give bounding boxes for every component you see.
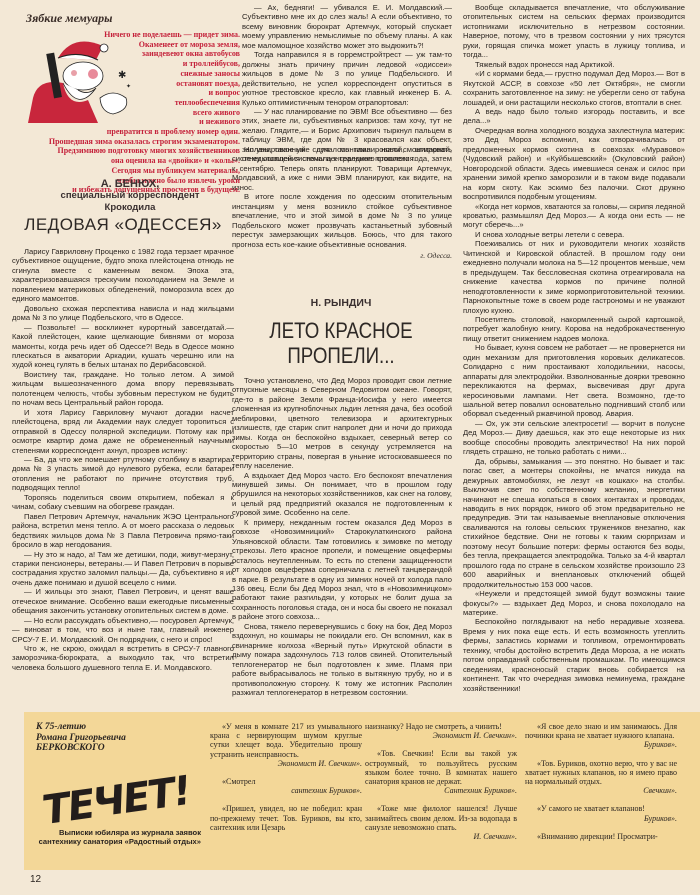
paragraph: Вообще складывается впечатление, что обс… xyxy=(463,3,685,60)
paragraph: «Неужели и предстоящей зимой будут возмо… xyxy=(463,589,685,617)
title-line: ЛЕТО КРАСНОЕ xyxy=(247,318,436,343)
signature: Свечкин». xyxy=(525,786,677,795)
box-column-1: «У меня в комнате 217 из умывального кра… xyxy=(210,722,362,832)
signature: сантехник Буриков». xyxy=(210,786,362,795)
paragraph: Тяжелый вздох пронесся над Арктикой. xyxy=(463,60,685,69)
lead-line: снежные заносы xyxy=(40,69,240,79)
lead-line: всего живого xyxy=(40,108,240,118)
request-note: «Я свое дело знаю и им занимаюсь. Для по… xyxy=(525,722,677,740)
paragraph: Снова, тяжело перевернувшись с боку на б… xyxy=(232,622,452,698)
request-note: «Тоже мне филолог нашелся! Лучше занимай… xyxy=(365,804,517,832)
paragraph: И снова холодные ветры летели с севера. xyxy=(463,230,685,239)
article2-column-2: Точно установлено, что Дед Мороз проводи… xyxy=(232,376,452,697)
paragraph: Поеживались от них и руководители многих… xyxy=(463,239,685,315)
lead-line: Сегодня мы публикуем материалы, xyxy=(40,166,240,176)
anniversary-heading: К 75-летию Романа Григорьевича БЕРКОВСКО… xyxy=(36,722,126,754)
paragraph: Тогда направился я в горремстройтрест — … xyxy=(242,50,452,107)
request-note: «Тов. Буриков, охотно верю, что у вас не… xyxy=(525,759,677,787)
paragraph: «И с кормами беда,— грустно подумал Дед … xyxy=(463,69,685,107)
signature: Экономист И. Свечкин». xyxy=(210,759,362,768)
request-note: «Пришел, увидел, но не победил: кран по-… xyxy=(210,804,362,832)
paragraph: В итоге после хождения по одесским отопи… xyxy=(232,192,452,249)
signature: И. Свечкин». xyxy=(365,832,517,841)
article2-byline: Н. РЫНДИЧ xyxy=(230,297,452,309)
lead-line: и неживого xyxy=(40,117,240,127)
paragraph: Но увы, такое уже случалось: планировали… xyxy=(232,145,452,192)
page-number: 12 xyxy=(30,874,41,885)
lead-paragraph: Ничего не поделаешь — придет зима. Окаме… xyxy=(40,30,240,195)
lead-line: теплообеспечения xyxy=(40,98,240,108)
rubric-title: Зябкие мемуары xyxy=(26,11,112,26)
heading-line: К 75-летию xyxy=(36,722,126,733)
paragraph: Беспокойно поглядывают на небо нерадивые… xyxy=(463,617,685,693)
lead-line: она оценила на «двойки» и «колы». xyxy=(40,156,240,166)
paragraph: А ведь надо было только изгородь постави… xyxy=(463,107,685,126)
paragraph: Точно установлено, что Дед Мороз проводи… xyxy=(232,376,452,471)
article1-column-2: — Ах, бедняги! — убивался Е. И. Молдавск… xyxy=(242,3,452,164)
author-role: Крокодила xyxy=(50,202,210,214)
paragraph: Но бывает, кухня совсем не работает — не… xyxy=(463,343,685,419)
lead-line: Предзимнюю подготовку многих хозяйственн… xyxy=(40,146,240,156)
paragraph: «Когда нет кормов, хватаются за головы,—… xyxy=(463,202,685,230)
box-column-2: наизнанку? Надо не смотреть, а чинить! Э… xyxy=(365,722,517,841)
paragraph: Воистину так, граждане. Но только летом.… xyxy=(12,370,234,408)
signature: Буриков». xyxy=(525,740,677,749)
title-line: ПРОПЕЛИ... xyxy=(247,343,436,368)
paragraph: — Но если рассуждать объективно,— посуро… xyxy=(12,616,234,644)
lead-line: остановят поезда, xyxy=(40,79,240,89)
lead-line: Окаменеет от мороза земля, xyxy=(40,40,240,50)
article2-title: ЛЕТО КРАСНОЕ ПРОПЕЛИ... xyxy=(247,318,436,368)
lead-line: и троллейбусов, xyxy=(40,59,240,69)
paragraph: К примеру, нежданным гостем оказался Дед… xyxy=(232,518,452,622)
signature: Экономист И. Свечкин». xyxy=(365,731,517,740)
request-note: «Вниманию дирекции! Просматри- xyxy=(525,832,677,841)
paragraph: Очередная волна холодного воздуха захлес… xyxy=(463,126,685,202)
article2-column-3: Вообще складывается впечатление, что обс… xyxy=(463,3,685,693)
signature: Сантехник Буриков». xyxy=(365,786,517,795)
article1-title: ЛЕДОВАЯ «ОДЕССЕЯ» xyxy=(12,215,234,235)
signature: Буриков». xyxy=(525,814,677,823)
request-note: «Смотрел xyxy=(210,777,362,786)
paragraph: А вздыхает Дед Мороз часто. Его беспокоя… xyxy=(232,471,452,518)
anniversary-caption: Выписки юбиляра из журнала заявок сантех… xyxy=(36,828,201,846)
lead-line: Прошедшая зима оказалась строгим экзамен… xyxy=(40,137,240,147)
paragraph: Что ж, не скрою, ожидал я встретить в СР… xyxy=(12,644,234,672)
request-note: «У меня в комнате 217 из умывального кра… xyxy=(210,722,362,759)
paragraph: — Ах, бедняги! — убивался Е. И. Молдавск… xyxy=(242,3,452,50)
paragraph: Да, обрывы, замыкания — это понятно. Но … xyxy=(463,457,685,589)
paragraph: И хотя Ларису Гавриловну мучают догадки … xyxy=(12,408,234,455)
paragraph: Довольно схожая перспектива нависла и на… xyxy=(12,304,234,323)
lead-line: и вопрос xyxy=(40,88,240,98)
request-note: «Тов. Свечкин! Если вы такой уж остроумн… xyxy=(365,749,517,786)
paragraph: Ларису Гавриловну Проценко с 1982 года т… xyxy=(12,247,234,304)
author-role: специальный корреспондент xyxy=(50,190,210,202)
article1-column-1: Ларису Гавриловну Проценко с 1982 года т… xyxy=(12,247,234,672)
heading-line: БЕРКОВСКОГО xyxy=(36,743,126,754)
paragraph: — Ба, да что же помешает ртутному столби… xyxy=(12,455,234,493)
request-note: наизнанку? Надо не смотреть, а чинить! xyxy=(365,722,517,731)
author-name: А. БЕНЮХ, xyxy=(50,178,210,190)
paragraph: Павел Петрович Артемчук, начальник ЖЭО Ц… xyxy=(12,512,234,550)
paragraph: — И жильцы это знают, Павел Петрович, и … xyxy=(12,587,234,615)
paragraph: — Ох, уж эти сельские электросети! — вор… xyxy=(463,419,685,457)
paragraph: — Ну это ж надо, а! Там же детишки, поди… xyxy=(12,550,234,588)
article1-byline: А. БЕНЮХ, специальный корреспондент Крок… xyxy=(50,178,210,214)
lead-line: превратится в проблему номер один. xyxy=(40,127,240,137)
dateline: г. Одесса. xyxy=(232,251,452,260)
paragraph: — Позвольте! — воскликнет курортный завс… xyxy=(12,323,234,370)
request-note: «У самого не хватает клапанов! xyxy=(525,804,677,813)
heading-line: Романа Григорьевича xyxy=(36,733,126,744)
article1-column-2-continued: Но увы, такое уже случалось: планировали… xyxy=(232,145,452,260)
paragraph: Посетитель столовой, накормленный сырой … xyxy=(463,315,685,343)
paragraph: Торопясь поделиться своим открытием, поб… xyxy=(12,493,234,512)
lead-line: заиндевеют окна автобусов xyxy=(40,49,240,59)
lead-line: Ничего не поделаешь — придет зима. xyxy=(40,30,240,40)
box-column-3: «Я свое дело знаю и им занимаюсь. Для по… xyxy=(525,722,677,841)
